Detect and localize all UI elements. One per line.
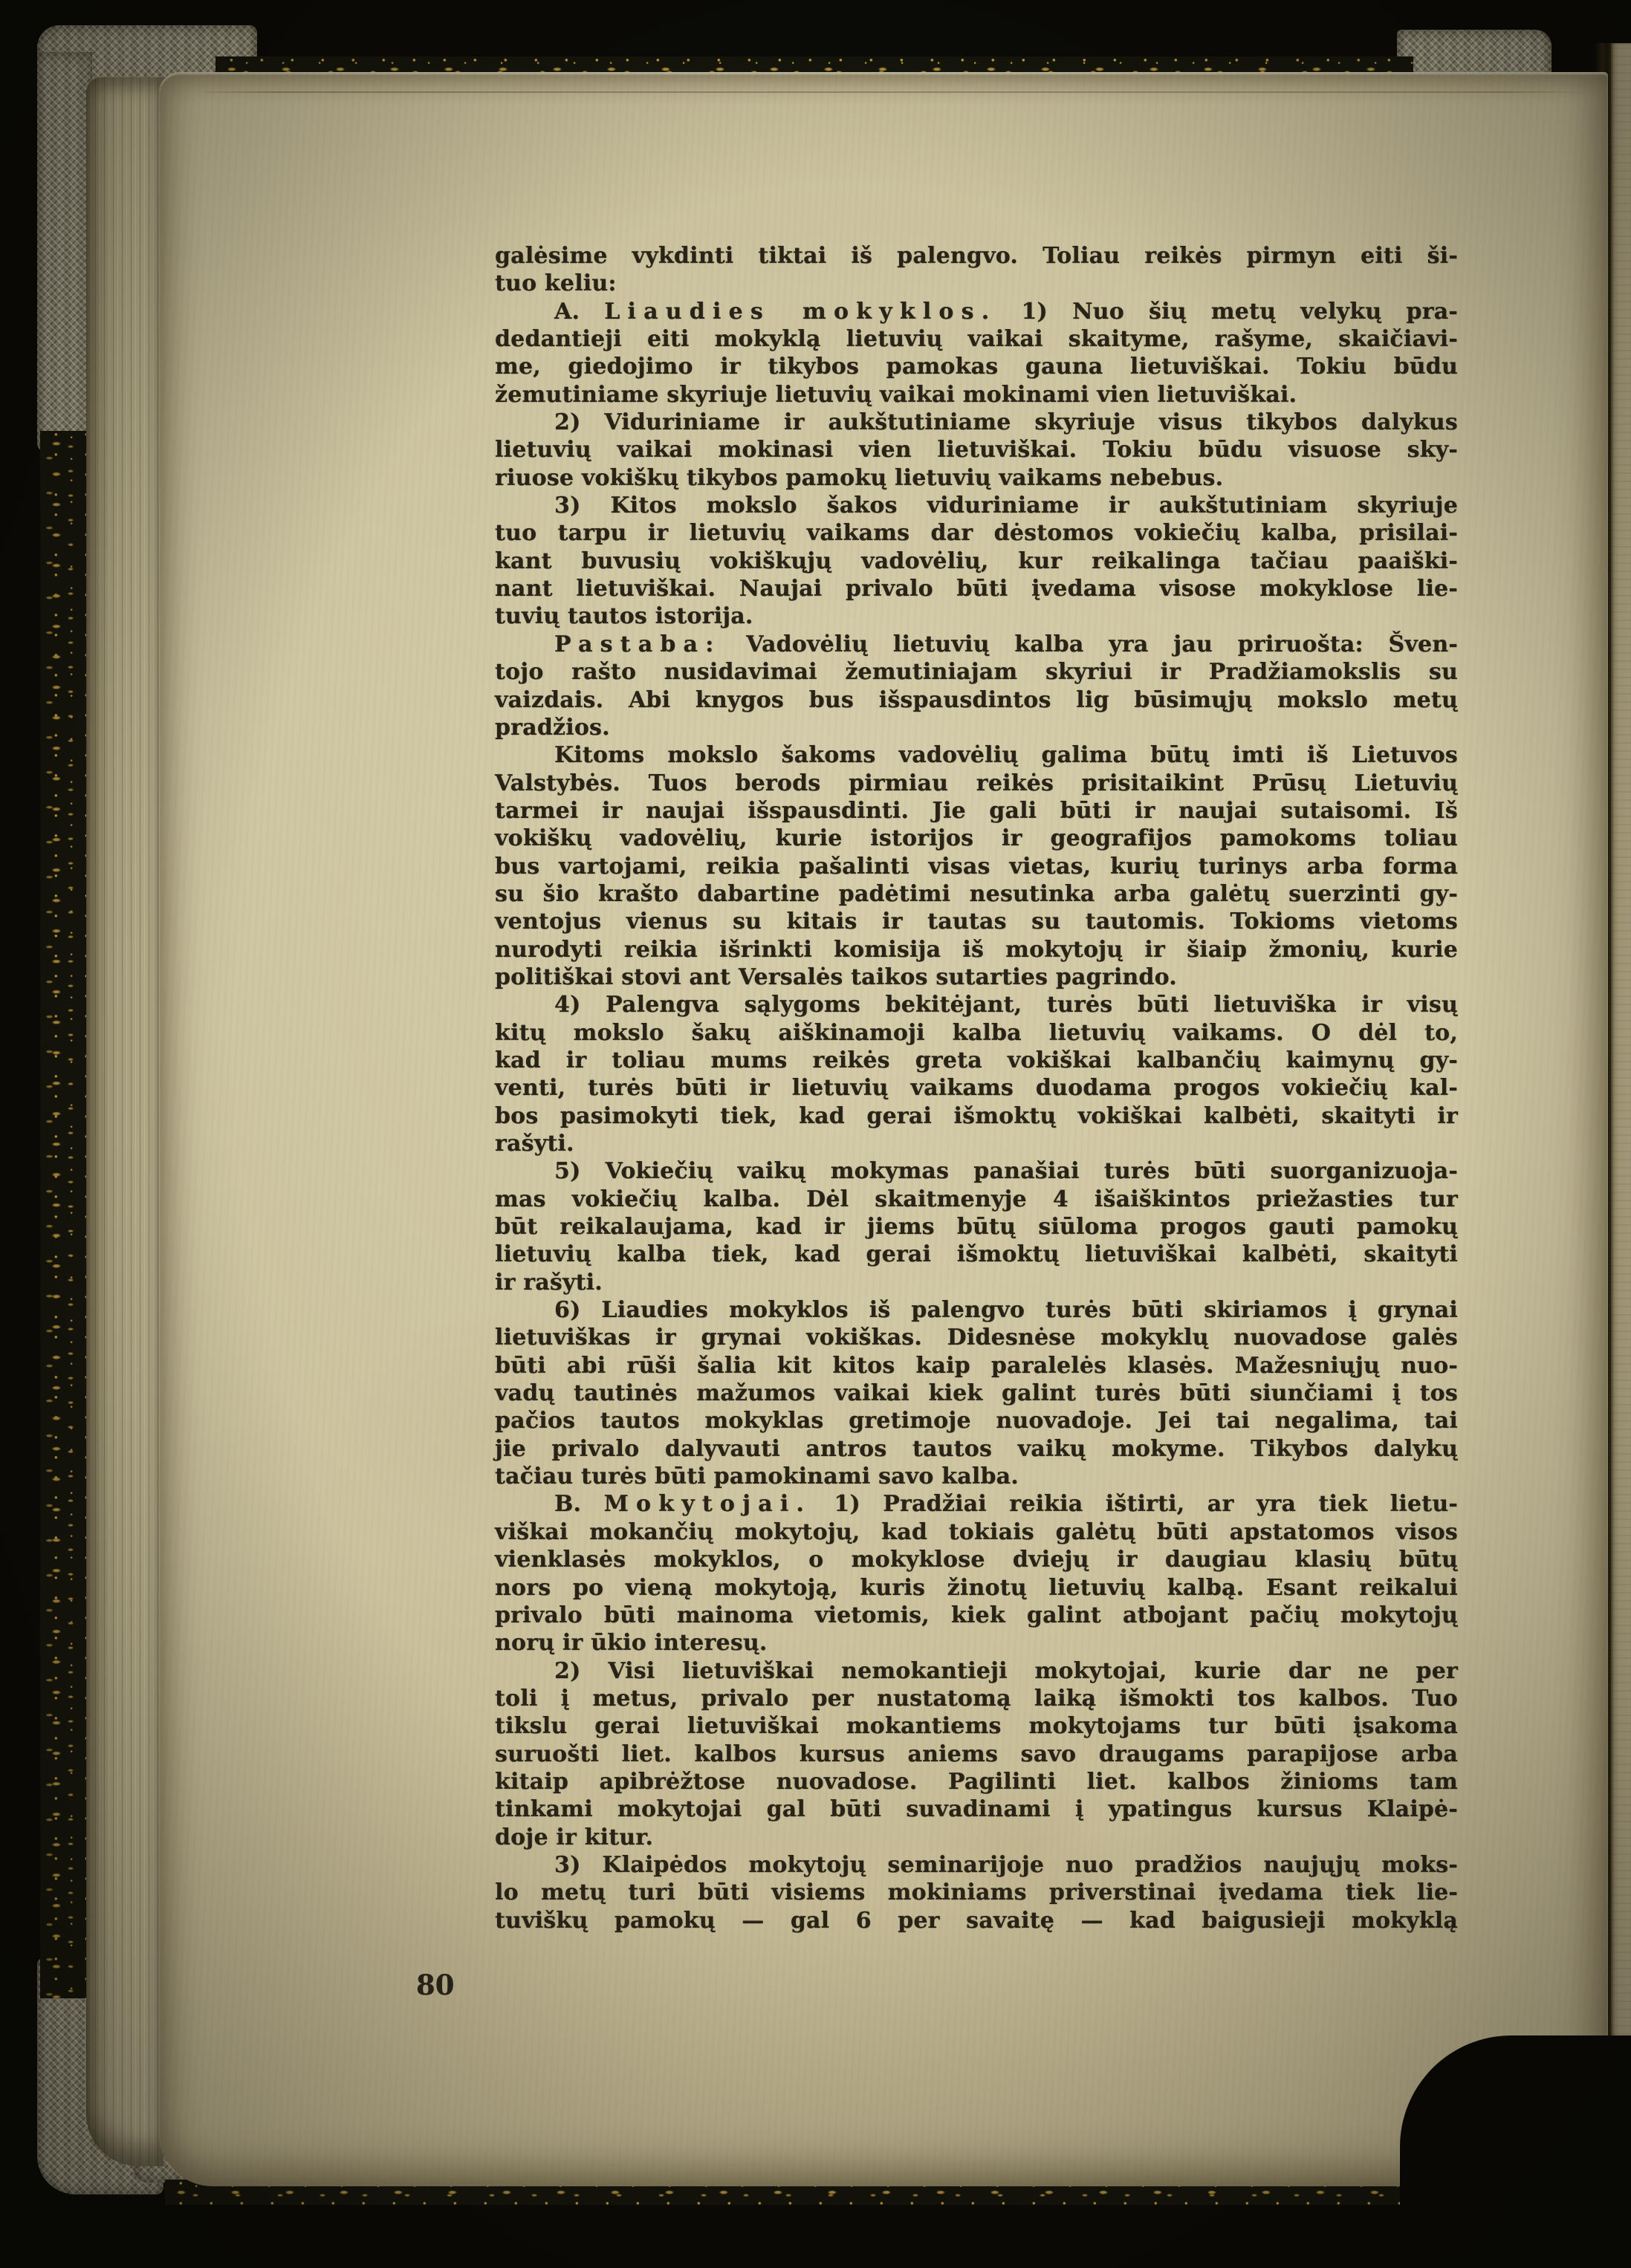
text-line: lietuviškas ir grynai vokiškas. Didesnės…	[495, 1324, 1458, 1351]
text-line: tuvių tautos istorija.	[495, 602, 1458, 630]
text-line: suruošti liet. kalbos kursus aniems savo…	[495, 1741, 1458, 1768]
text-line: būt reikalaujama, kad ir jiems būtų siūl…	[495, 1213, 1458, 1241]
text-line: B. Mokytojai. 1) Pradžiai reikia ištirti…	[495, 1490, 1458, 1518]
page-text-block: galėsime vykdinti tiktai iš palengvo. To…	[495, 242, 1458, 1934]
marbled-cover-edge-left	[40, 431, 92, 1998]
text-line: 2) Viduriniame ir aukštutiniame skyriuje…	[495, 409, 1458, 436]
text-line: galėsime vykdinti tiktai iš palengvo. To…	[495, 242, 1458, 270]
text-line: kad ir toliau mums reikės greta vokiškai…	[495, 1047, 1458, 1074]
text-line: vaizdais. Abi knygos bus išspausdintos l…	[495, 686, 1458, 714]
cover-corner-bottom-right	[1400, 2035, 1631, 2268]
text-line: jie privalo dalyvauti antros tautos vaik…	[495, 1435, 1458, 1463]
text-line: pradžios.	[495, 714, 1458, 741]
text-line: 5) Vokiečių vaikų mokymas panašiai turės…	[495, 1157, 1458, 1185]
text-line: pačios tautos mokyklas gretimoje nuovado…	[495, 1407, 1458, 1434]
text-line: tinkami mokytojai gal būti suvadinami į …	[495, 1796, 1458, 1823]
text-line: tuo tarpu ir lietuvių vaikams dar dėstom…	[495, 519, 1458, 547]
text-line: 2) Visi lietuviškai nemokantieji mokytoj…	[495, 1657, 1458, 1685]
text-line: mas vokiečių kalba. Dėl skaitmenyje 4 iš…	[495, 1186, 1458, 1213]
text-line: 6) Liaudies mokyklos iš palengvo turės b…	[495, 1296, 1458, 1324]
text-line: dedantieji eiti mokyklą lietuvių vaikai …	[495, 325, 1458, 353]
next-page-sliver	[1611, 43, 1631, 2043]
text-line: tuo keliu:	[495, 270, 1458, 297]
text-line: vadų tautinės mažumos vaikai kiek galint…	[495, 1380, 1458, 1407]
text-line: vokiškų vadovėlių, kurie istorijos ir ge…	[495, 825, 1458, 852]
text-line: riuose vokiškų tikybos pamokų lietuvių v…	[495, 464, 1458, 492]
text-line: kitaip apibrėžtose nuovadose. Pagilinti …	[495, 1768, 1458, 1796]
text-line: tačiau turės būti pamokinami savo kalba.	[495, 1463, 1458, 1490]
page-number: 80	[416, 1969, 455, 2001]
text-line: kitų mokslo šakų aiškinamoji kalba lietu…	[495, 1019, 1458, 1047]
text-line: nors po vieną mokytoją, kuris žinotų lie…	[495, 1574, 1458, 1602]
text-line: privalo būti mainoma vietomis, kiek gali…	[495, 1602, 1458, 1629]
text-line: su šio krašto dabartine padėtimi nesutin…	[495, 880, 1458, 908]
text-line: Pastaba: Vadovėlių lietuvių kalba yra ja…	[495, 631, 1458, 658]
text-line: tarmei ir naujai išspausdinti. Jie gali …	[495, 797, 1458, 825]
cloth-spine-edge-left	[37, 52, 92, 453]
text-line: toli į metus, privalo per nustatomą laik…	[495, 1685, 1458, 1712]
text-line: nurodyti reikia išrinkti komisija iš mok…	[495, 936, 1458, 964]
text-line: 4) Palengva sąlygoms bekitėjant, turės b…	[495, 991, 1458, 1018]
text-line: politiškai stovi ant Versalės taikos sut…	[495, 964, 1458, 991]
text-line: lietuvių vaikai mokinasi vien lietuviška…	[495, 436, 1458, 464]
text-line: viškai mokančių mokytojų, kad tokiais ga…	[495, 1518, 1458, 1546]
letterspaced-heading: Liaudies mokyklos.	[604, 299, 996, 325]
text-line: bus vartojami, reikia pašalinti visas vi…	[495, 853, 1458, 880]
text-line: doje ir kitur.	[495, 1824, 1458, 1851]
text-line: ir rašyti.	[495, 1269, 1458, 1296]
book-scan: galėsime vykdinti tiktai iš palengvo. To…	[0, 0, 1631, 2268]
text-line: Kitoms mokslo šakoms vadovėlių galima bū…	[495, 741, 1458, 769]
letterspaced-heading: Pastaba:	[554, 631, 721, 657]
text-line: žemutiniame skyriuje lietuvių vaikai mok…	[495, 381, 1458, 409]
text-line: 3) Klaipėdos mokytojų seminarijoje nuo p…	[495, 1851, 1458, 1879]
text-line: vienklasės mokyklos, o mokyklose dviejų …	[495, 1546, 1458, 1573]
letterspaced-heading: Mokytojai.	[604, 1491, 811, 1517]
text-line: lietuvių kalba tiek, kad gerai išmoktų l…	[495, 1241, 1458, 1268]
text-line: Valstybės. Tuos berods pirmiau reikės pr…	[495, 770, 1458, 797]
text-line: tikslu gerai lietuviškai mokantiems moky…	[495, 1712, 1458, 1740]
text-line: bos pasimokyti tiek, kad gerai išmoktų v…	[495, 1102, 1458, 1130]
text-line: A. Liaudies mokyklos. 1) Nuo šių metų ve…	[495, 298, 1458, 325]
text-line: norų ir ūkio interesų.	[495, 1629, 1458, 1657]
text-line: rašyti.	[495, 1130, 1458, 1157]
text-line: ventojus vienus su kitais ir tautas su t…	[495, 908, 1458, 935]
text-line: nant lietuviškai. Naujai privalo būti įv…	[495, 575, 1458, 602]
text-line: 3) Kitos mokslo šakos viduriniame ir auk…	[495, 492, 1458, 519]
text-line: tojo rašto nusidavimai žemutiniajam skyr…	[495, 658, 1458, 686]
text-line: venti, turės būti ir lietuvių vaikams du…	[495, 1074, 1458, 1102]
page-stack-fore-edge	[86, 77, 163, 2166]
text-line: me, giedojimo ir tikybos pamokas gauna l…	[495, 353, 1458, 380]
text-line: tuviškų pamokų — gal 6 per savaitę — kad…	[495, 1907, 1458, 1934]
text-line: būti abi rūši šalia kit kitos kaip paral…	[495, 1352, 1458, 1380]
text-line: lo metų turi būti visiems mokiniams priv…	[495, 1879, 1458, 1906]
text-line: kant buvusių vokiškųjų vadovėlių, kur re…	[495, 547, 1458, 575]
